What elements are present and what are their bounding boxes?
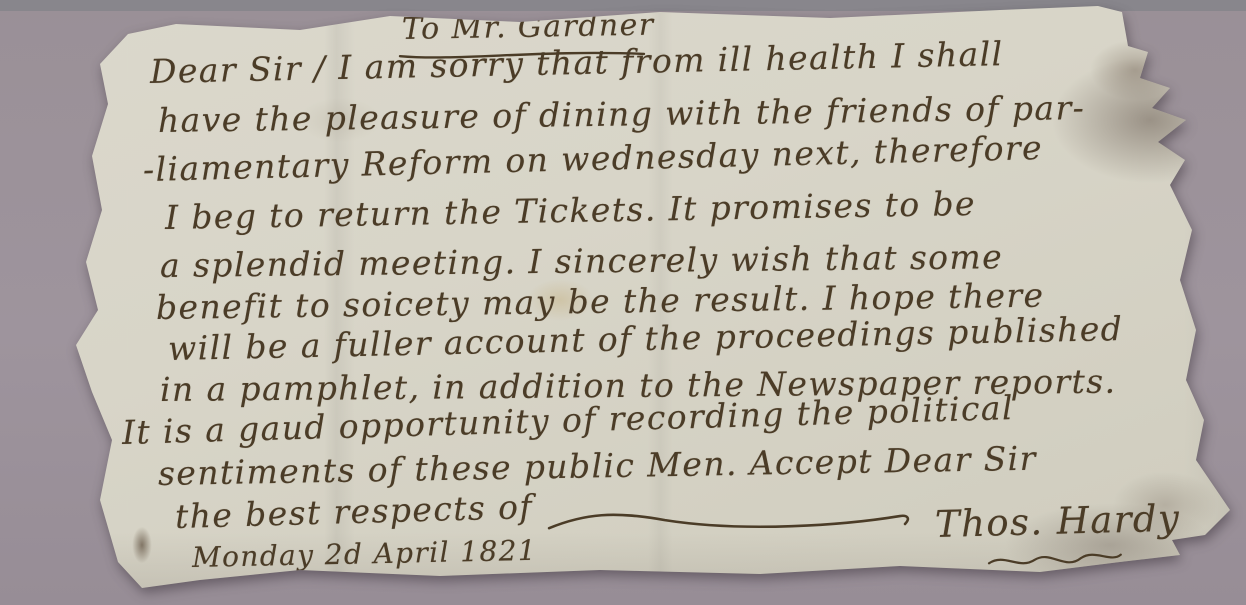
scanned-letter-image: To Mr. Gardner Dear Sir / I am sorry tha… xyxy=(0,0,1246,605)
letter-line: the best respects of xyxy=(174,487,533,536)
pen-flourish xyxy=(545,502,916,544)
signature-flourish xyxy=(985,547,1126,578)
date-line: Monday 2d April 1821 xyxy=(192,534,538,574)
letter-addressee: To Mr. Gardner xyxy=(402,8,655,47)
signature: Thos. Hardy xyxy=(934,497,1180,546)
letter-line: I beg to return the Tickets. It promises… xyxy=(165,184,977,237)
letter-paper: To Mr. Gardner Dear Sir / I am sorry tha… xyxy=(0,0,1246,605)
paper-wrap: To Mr. Gardner Dear Sir / I am sorry tha… xyxy=(0,0,1246,605)
letter-line: Dear Sir / I am sorry that from ill heal… xyxy=(150,34,1004,91)
